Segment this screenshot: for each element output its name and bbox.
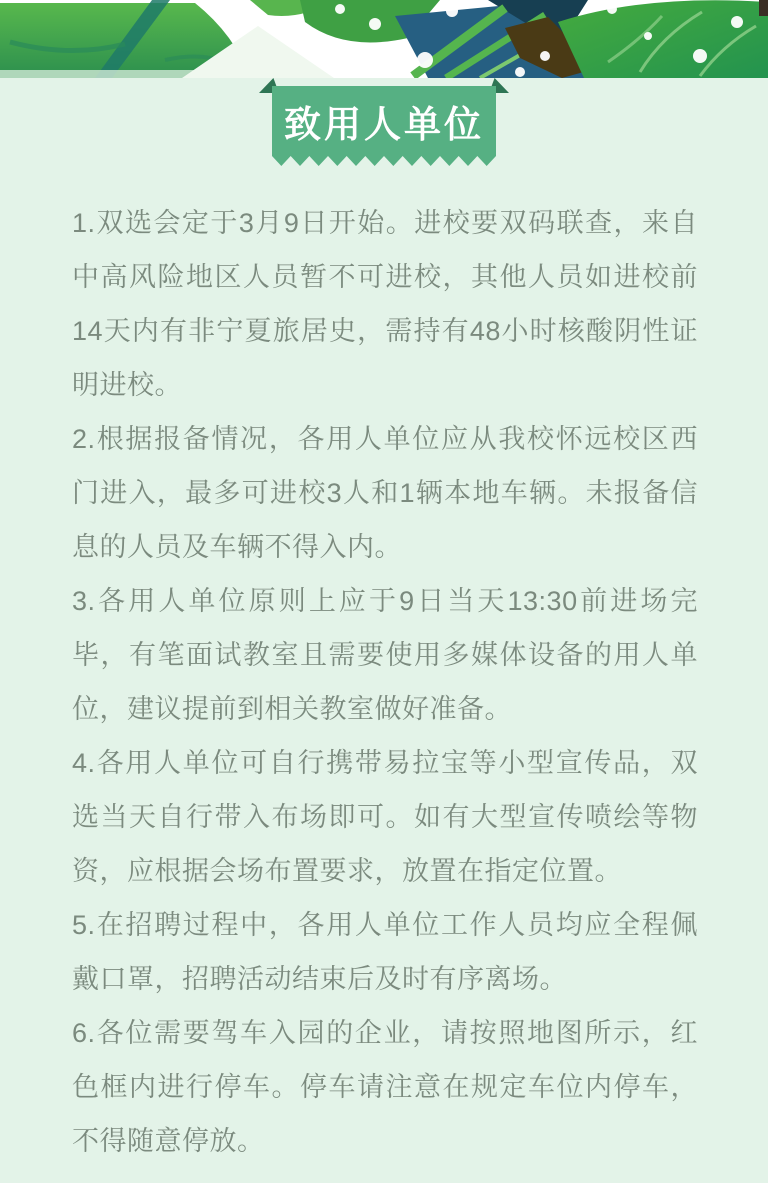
notice-paragraph-1: 1.双选会定于3月9日开始。进校要双码联查，来自中高风险地区人员暂不可进校，其他… (72, 196, 698, 412)
title-ribbon: 致用人单位 (272, 78, 496, 168)
notice-paragraph-2: 2.根据报备情况，各用人单位应从我校怀远校区西门进入，最多可进校3人和1辆本地车… (72, 412, 698, 574)
notice-paragraph-4: 4.各用人单位可自行携带易拉宝等小型宣传品，双选当天自行带入布场即可。如有大型宣… (72, 736, 698, 898)
notice-paragraph-3: 3.各用人单位原则上应于9日当天13:30前进场完毕，有笔面试教室且需要使用多媒… (72, 574, 698, 736)
corner-dark-strip (759, 0, 768, 16)
notice-paragraph-5: 5.在招聘过程中，各用人单位工作人员均应全程佩戴口罩，招聘活动结束后及时有序离场… (72, 898, 698, 1006)
notice-page: 致用人单位 1.双选会定于3月9日开始。进校要双码联查，来自中高风险地区人员暂不… (0, 0, 768, 1188)
notice-paragraph-6: 6.各位需要驾车入园的企业，请按照地图所示，红色框内进行停车。停车请注意在规定车… (72, 1006, 698, 1168)
leaf-banner-illustration (0, 0, 768, 78)
ribbon-body: 致用人单位 (272, 86, 496, 166)
bottom-white-strip (0, 1183, 768, 1188)
notice-body: 1.双选会定于3月9日开始。进校要双码联查，来自中高风险地区人员暂不可进校，其他… (72, 196, 698, 1168)
page-title: 致用人单位 (284, 94, 484, 148)
